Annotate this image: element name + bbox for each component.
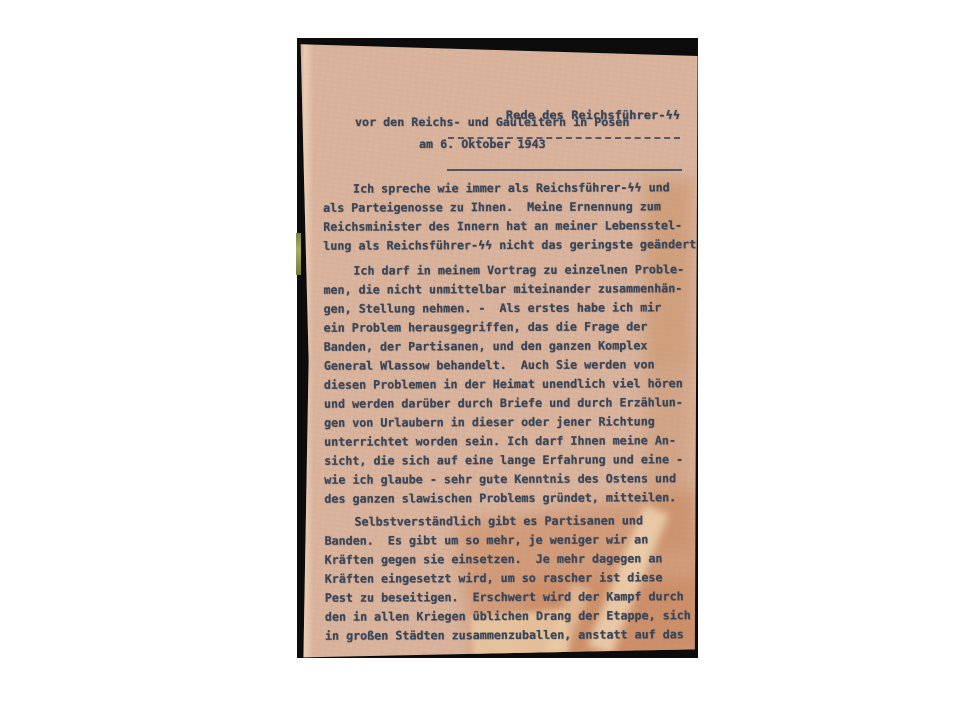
text-line: des ganzen slawischen Problems gründet, …: [324, 488, 696, 509]
text-line: Kräften gegen sie einsetzen. Je mehr dag…: [325, 549, 697, 570]
text-line: diesen Problemen in der Heimat unendlich…: [324, 374, 696, 395]
text-line: Ich spreche wie immer als Reichsführer-ϟ…: [323, 178, 695, 199]
text-line: sicht, die sich auf eine lange Erfahrung…: [324, 450, 696, 471]
date-line: am 6. Oktober 1943: [419, 133, 546, 152]
text-line: ein Problem herausgegriffen, das die Fra…: [324, 317, 696, 338]
scan-backdrop: Rede des Reichsführer-ϟϟ vor den Reichs-…: [297, 38, 698, 658]
paragraph: Selbstverständlich gibt es Partisanen un…: [324, 511, 697, 646]
text-line: lung als Reichsführer-ϟϟ nicht das gerin…: [323, 235, 695, 256]
text-line: den in allen Kriegen üblichen Drang der …: [325, 606, 697, 627]
text-line: wie ich glaube - sehr gute Kenntnis des …: [324, 469, 696, 490]
paragraph: Ich darf in meinem Vortrag zu einzelnen …: [323, 260, 696, 509]
document-page: Rede des Reichsführer-ϟϟ vor den Reichs-…: [297, 38, 698, 658]
text-line: Pest zu beseitigen. Erschwert wird der K…: [325, 587, 697, 608]
text-line: Banden. Es gibt um so mehr, je weniger w…: [325, 530, 697, 551]
typewritten-body: Ich spreche wie immer als Reichsführer-ϟ…: [323, 178, 697, 646]
text-line: Ich darf in meinem Vortrag zu einzelnen …: [323, 260, 695, 281]
text-line: Reichsminister des Innern hat an meiner …: [323, 216, 695, 237]
green-marker-fragment: [296, 233, 301, 275]
text-line: und werden darüber durch Briefe und durc…: [324, 393, 696, 414]
text-line: Selbstverständlich gibt es Partisanen un…: [324, 511, 696, 532]
subtitle-text: vor den Reichs- und Gauleitern in Posen: [355, 115, 629, 129]
text-line: als Parteigenosse zu Ihnen. Meine Ernenn…: [323, 197, 695, 218]
date-line-text: am 6. Oktober 1943: [419, 137, 546, 151]
subtitle: vor den Reichs- und Gauleitern in Posen: [355, 111, 629, 130]
text-line: in großen Städten zusammenzuballen, anst…: [325, 625, 697, 646]
paragraph: Ich spreche wie immer als Reichsführer-ϟ…: [323, 178, 695, 256]
text-line: Kräften eingesetzt wird, um so rascher i…: [325, 568, 697, 589]
text-line: gen, Stellung nehmen. - Als erstes habe …: [324, 298, 696, 319]
text-line: gen von Urlaubern in dieser oder jener R…: [324, 412, 696, 433]
text-line: Banden, der Partisanen, und den ganzen K…: [324, 336, 696, 357]
text-line: men, die nicht unmittelbar miteinander z…: [323, 279, 695, 300]
text-line: unterrichtet worden sein. Ich darf Ihnen…: [324, 431, 696, 452]
text-line: General Wlassow behandelt. Auch Sie werd…: [324, 355, 696, 376]
